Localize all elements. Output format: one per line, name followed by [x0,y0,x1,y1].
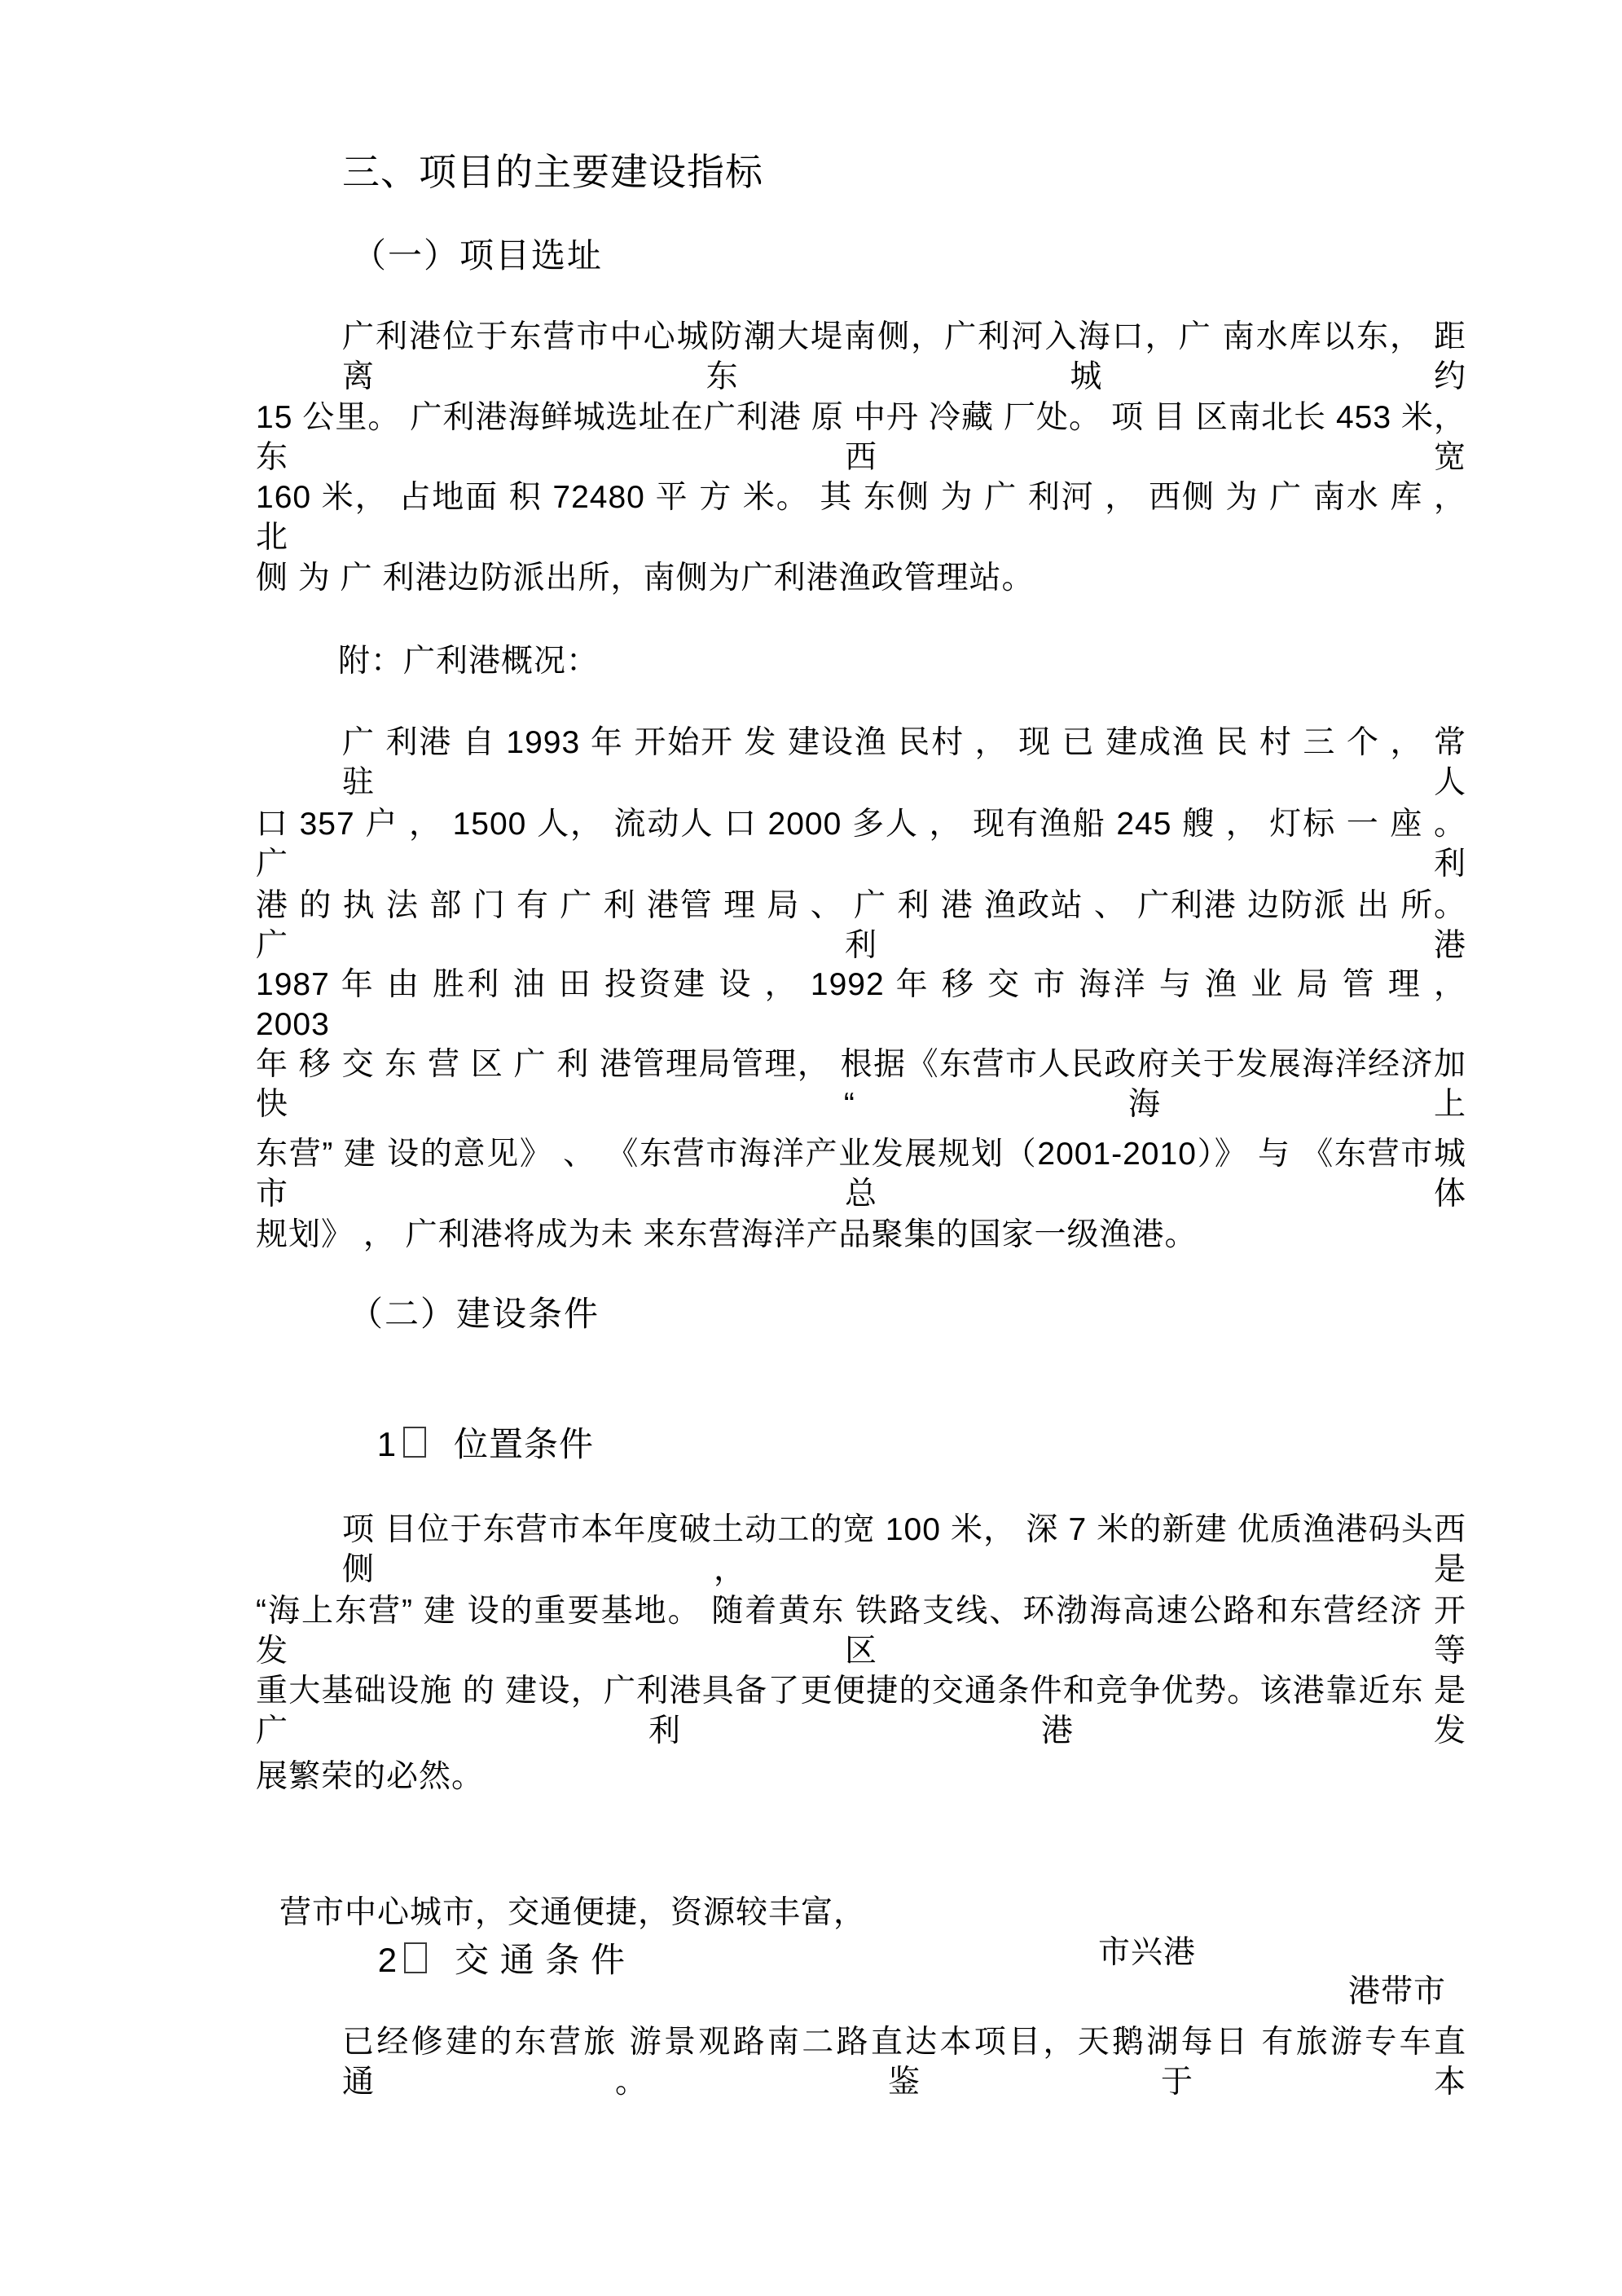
paragraph3-line1: 项 目位于东营市本年度破土动工的宽 100 米， 深 7 米的新建 优质渔港码头… [342,1511,1466,1590]
paragraph1-line2: 15 公里。 广利港海鲜城选址在广利港 原 中丹 冷藏 厂处。 项 目 区南北长… [256,398,1466,478]
section2-title: （二）建设条件 [349,1293,600,1336]
paragraph3-line2: “海上东营” 建 设的重要基地。 随着黄东 铁路支线、环渤海高速公路和东营经济 … [256,1592,1466,1672]
subsection1-heading: 1位置条件 [336,1380,594,1509]
paragraph2-line6: 东营” 建 设的意见》 、 《东营市海洋产业发展规划（2001-2010）》 与… [256,1135,1466,1215]
paragraph4-line1: 已经修建的东营旅 游景观路南二路直达本项目，天鹅湖每日 有旅游专车直通。鉴于本 [342,2023,1466,2103]
subsection2-heading: 2交 通 条 件 [336,1896,626,2025]
paragraph1-line4: 侧 为 广 利港边防派出所，南侧为广利港渔政管理站。 [256,559,1035,599]
subsection2-number: 2 [378,1941,398,1979]
subsection1-number: 1 [377,1425,397,1463]
paragraph3-line4: 展繁荣的必然。 [256,1757,484,1797]
main-heading: 三、项目的主要建设指标 [342,149,763,196]
paragraph2-line1: 广 利港 自 1993 年 开始开 发 建设渔 民村 ， 现 已 建成渔 民 村… [342,724,1466,803]
paragraph2-line5: 年 移 交 东 营 区 广 利 港管理局管理， 根据《东营市人民政府关于发展海洋… [256,1045,1466,1125]
paragraph2-line3: 港 的 执 法 部 门 有 广 利 港管 理 局 、 广 利 港 渔政站 、 广… [256,886,1466,966]
subsection1-label: 位置条件 [454,1425,594,1463]
missing-glyph-box [403,1427,426,1458]
paragraph1-line3: 160 米， 占地面 积 72480 平 方 米。 其 东侧 为 广 利河 ， … [256,478,1466,558]
paragraph2-line4: 1987 年 由 胜利 油 田 投资建 设 ， 1992 年 移 交 市 海洋 … [256,965,1466,1045]
section1-title: （一）项目选址 [352,235,603,278]
missing-glyph-box [404,1942,427,1973]
paragraph2-line2: 口 357 户 ， 1500 人， 流动人 口 2000 多人 ， 现有渔船 2… [256,805,1466,885]
paragraph3-line3: 重大基础设施 的 建设，广利港具备了更便捷的交通条件和竞争优势。该港靠近东 是广… [256,1672,1466,1752]
stray-line-mid: 市兴港 [1098,1933,1196,1973]
stray-overlap-line: 营市中心城市，交通便捷，资源较丰富， 市兴港 港带市 [0,1854,1622,1894]
stray-line-right: 港带市 [1348,1973,1446,2012]
paragraph1-line1: 广利港位于东营市中心城防潮大堤南侧，广利河入海口，广 南水库以东， 距离东城约 [342,318,1466,398]
subsection2-label: 交 通 条 件 [455,1941,626,1979]
document-page: 三、项目的主要建设指标 （一）项目选址 广利港位于东营市中心城防潮大堤南侧，广利… [0,0,1622,2296]
attachment-heading: 附：广利港概况： [338,642,599,682]
paragraph2-line7: 规划》 ， 广利港将成为未 来东营海洋产品聚集的国家一级渔港。 [256,1216,1198,1256]
